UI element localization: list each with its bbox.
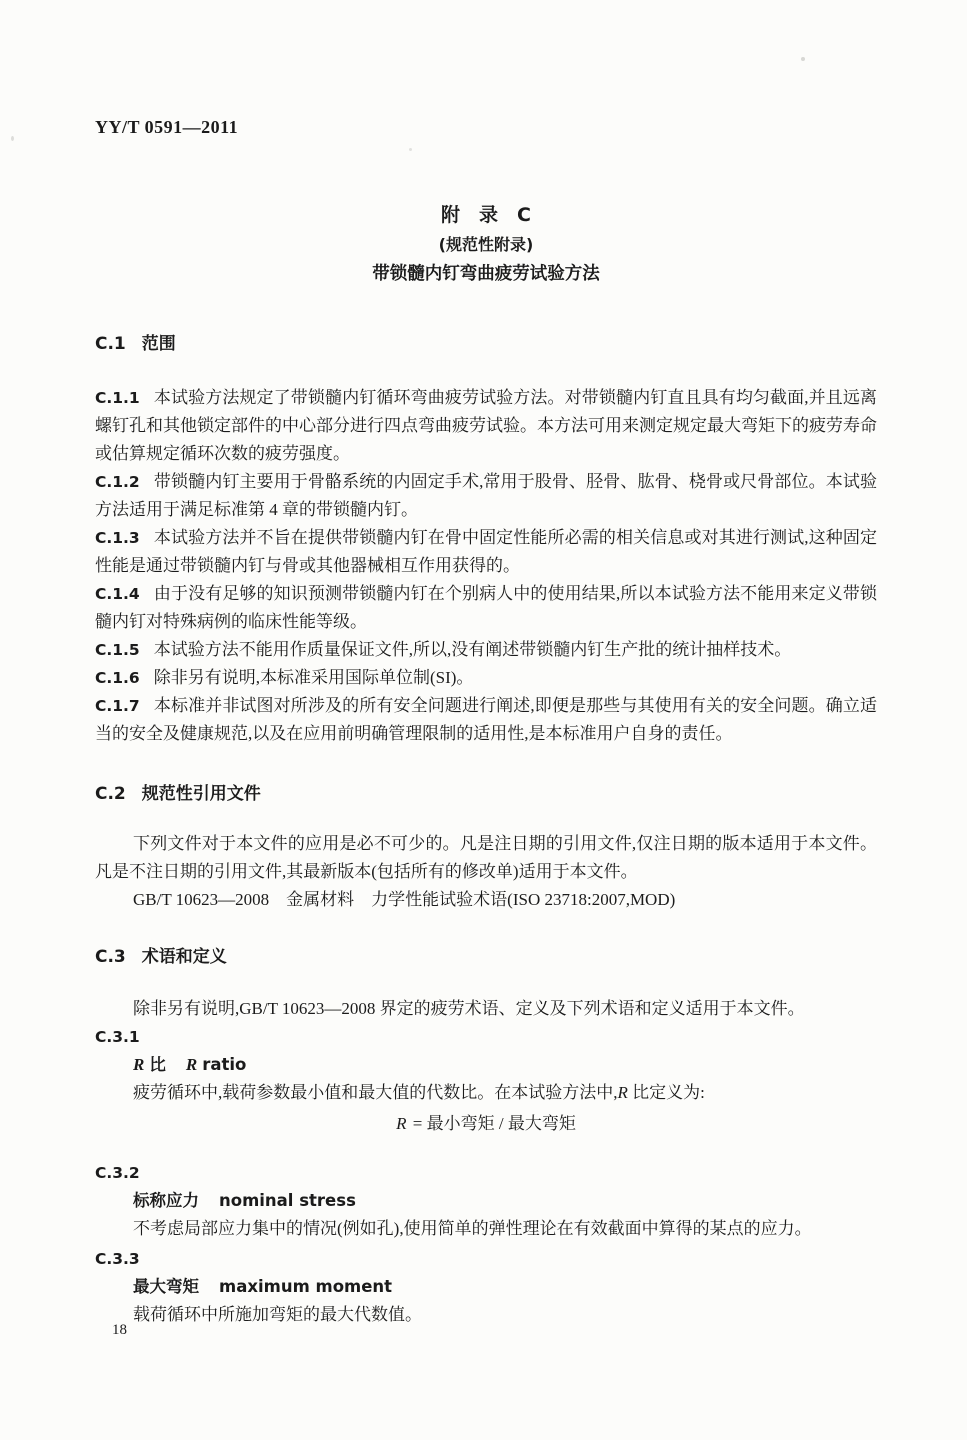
term-number: C.3.3 — [95, 1245, 877, 1273]
term-name-cn: 标称应力 — [133, 1191, 199, 1210]
clause-text: 本试验方法不能用作质量保证文件,所以,没有阐述带锁髓内钉生产批的统计抽样技术。 — [154, 640, 792, 659]
clause-number: C.1.1 — [95, 389, 140, 407]
clause: C.1.4由于没有足够的知识预测带锁髓内钉在个别病人中的使用结果,所以本试验方法… — [95, 580, 877, 636]
clause-number: C.1.6 — [95, 669, 140, 687]
section-number: C.3 — [95, 947, 126, 967]
term-name-en: maximum moment — [219, 1277, 392, 1296]
clause-text: 本试验方法规定了带锁髓内钉循环弯曲疲劳试验方法。对带锁髓内钉直且具有均匀截面,并… — [95, 388, 877, 463]
section-heading-terms-definitions: C.3术语和定义 — [95, 945, 877, 969]
page-header: YY/T 0591—2011 — [95, 0, 877, 138]
section-number: C.2 — [95, 784, 126, 804]
definition-variable: R — [618, 1083, 628, 1102]
section-title: 术语和定义 — [142, 947, 227, 967]
term-name: R比Rratio — [95, 1051, 877, 1079]
section-references-body: 下列文件对于本文件的应用是必不可少的。凡是注日期的引用文件,仅注日期的版本适用于… — [95, 830, 877, 914]
clause-text: 由于没有足够的知识预测带锁髓内钉在个别病人中的使用结果,所以本试验方法不能用来定… — [95, 584, 877, 631]
term-name-variable: R — [133, 1055, 144, 1074]
term-entry-r-ratio: C.3.1 R比Rratio 疲劳循环中,载荷参数最小值和最大值的代数比。在本试… — [95, 1023, 877, 1139]
scan-speck — [801, 57, 805, 61]
clause-number: C.1.7 — [95, 697, 140, 715]
formula-variable: R — [396, 1114, 406, 1133]
scan-speck — [11, 136, 14, 141]
term-name-en-variable: R — [186, 1055, 197, 1074]
clause: C.1.6除非另有说明,本标准采用国际单位制(SI)。 — [95, 664, 877, 692]
section-title: 范围 — [142, 334, 176, 354]
clause-number: C.1.4 — [95, 585, 140, 603]
scan-speck — [409, 148, 412, 151]
section-number: C.1 — [95, 334, 126, 354]
clause: C.1.2带锁髓内钉主要用于骨骼系统的内固定手术,常用于股骨、胫骨、肱骨、桡骨或… — [95, 468, 877, 524]
clause: C.1.7本标准并非试图对所涉及的所有安全问题进行阐述,即便是那些与其使用有关的… — [95, 692, 877, 748]
definition-text: 疲劳循环中,载荷参数最小值和最大值的代数比。在本试验方法中, — [133, 1083, 618, 1102]
appendix-label: 附 录 C — [95, 204, 877, 226]
document-page: YY/T 0591—2011 附 录 C (规范性附录) 带锁髓内钉弯曲疲劳试验… — [0, 0, 967, 1440]
formula-expression: = 最小弯矩 / 最大弯矩 — [409, 1114, 576, 1133]
section-heading-scope: C.1范围 — [95, 332, 877, 356]
clause: C.1.3本试验方法并不旨在提供带锁髓内钉在骨中固定性能所必需的相关信息或对其进… — [95, 524, 877, 580]
term-entry-nominal-stress: C.3.2 标称应力nominal stress 不考虑局部应力集中的情况(例如… — [95, 1159, 877, 1243]
clause: C.1.5本试验方法不能用作质量保证文件,所以,没有阐述带锁髓内钉生产批的统计抽… — [95, 636, 877, 664]
term-name-en: nominal stress — [219, 1191, 356, 1210]
term-name-cn: 比 — [149, 1055, 166, 1074]
term-definition: 疲劳循环中,载荷参数最小值和最大值的代数比。在本试验方法中,R 比定义为: — [95, 1079, 877, 1107]
term-number: C.3.2 — [95, 1159, 877, 1187]
term-number: C.3.1 — [95, 1023, 877, 1051]
references-intro-paragraph: 下列文件对于本文件的应用是必不可少的。凡是注日期的引用文件,仅注日期的版本适用于… — [95, 830, 877, 886]
section-title: 规范性引用文件 — [142, 784, 261, 804]
appendix-title: 带锁髓内钉弯曲疲劳试验方法 — [95, 262, 877, 286]
r-ratio-formula: R = 最小弯矩 / 最大弯矩 — [95, 1109, 877, 1139]
term-name-en: ratio — [202, 1055, 246, 1074]
clause-number: C.1.2 — [95, 473, 140, 491]
term-definition: 不考虑局部应力集中的情况(例如孔),使用简单的弹性理论在有效截面中算得的某点的应… — [95, 1215, 877, 1243]
clause-number: C.1.5 — [95, 641, 140, 659]
section-scope-body: C.1.1本试验方法规定了带锁髓内钉循环弯曲疲劳试验方法。对带锁髓内钉直且具有均… — [95, 384, 877, 748]
doc-number: YY/T 0591—2011 — [95, 117, 238, 137]
term-name-cn: 最大弯矩 — [133, 1277, 199, 1296]
clause-text: 除非另有说明,本标准采用国际单位制(SI)。 — [154, 668, 474, 687]
term-definition: 载荷循环中所施加弯矩的最大代数值。 — [95, 1301, 877, 1329]
term-name: 最大弯矩maximum moment — [95, 1273, 877, 1301]
appendix-title-block: 附 录 C (规范性附录) 带锁髓内钉弯曲疲劳试验方法 — [95, 204, 877, 286]
clause-text: 带锁髓内钉主要用于骨骼系统的内固定手术,常用于股骨、胫骨、肱骨、桡骨或尺骨部位。… — [95, 472, 877, 519]
term-name: 标称应力nominal stress — [95, 1187, 877, 1215]
clause-text: 本试验方法并不旨在提供带锁髓内钉在骨中固定性能所必需的相关信息或对其进行测试,这… — [95, 528, 877, 575]
section-heading-normative-references: C.2规范性引用文件 — [95, 782, 877, 806]
definition-text: 比定义为: — [628, 1083, 705, 1102]
clause-text: 本标准并非试图对所涉及的所有安全问题进行阐述,即便是那些与其使用有关的安全问题。… — [95, 696, 877, 743]
page-number: 18 — [112, 1322, 127, 1339]
term-entry-maximum-moment: C.3.3 最大弯矩maximum moment 载荷循环中所施加弯矩的最大代数… — [95, 1245, 877, 1329]
clause: C.1.1本试验方法规定了带锁髓内钉循环弯曲疲劳试验方法。对带锁髓内钉直且具有均… — [95, 384, 877, 468]
appendix-type: (规范性附录) — [95, 234, 877, 256]
clause-number: C.1.3 — [95, 529, 140, 547]
terms-intro-paragraph: 除非另有说明,GB/T 10623—2008 界定的疲劳术语、定义及下列术语和定… — [95, 995, 877, 1023]
reference-entry: GB/T 10623—2008 金属材料 力学性能试验术语(ISO 23718:… — [95, 886, 877, 914]
